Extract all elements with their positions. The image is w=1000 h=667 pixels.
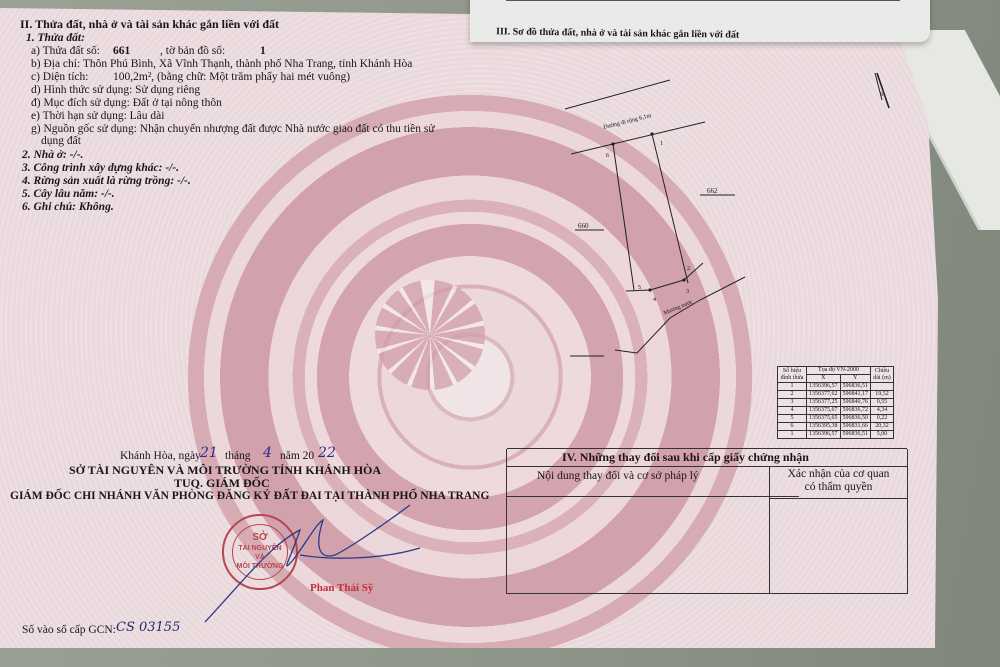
signer-name: Phan Thái Sỹ <box>310 582 373 594</box>
registry-value: CS 03155 <box>116 621 180 634</box>
confirmation-line-2: có thẩm quyền <box>770 481 907 494</box>
section4-title: IV. Những thay đổi sau khi cấp giấy chứn… <box>507 448 907 467</box>
registry-label: Số vào sổ cấp GCN: <box>22 624 116 637</box>
confirmation-line-1: Xác nhận của cơ quan <box>770 468 907 481</box>
changes-col-content: Nội dung thay đổi và cơ sở pháp lý <box>507 466 799 497</box>
changes-col-confirmation: Xác nhận của cơ quan có thẩm quyền <box>769 466 907 499</box>
changes-table: IV. Những thay đổi sau khi cấp giấy chứn… <box>506 449 908 594</box>
